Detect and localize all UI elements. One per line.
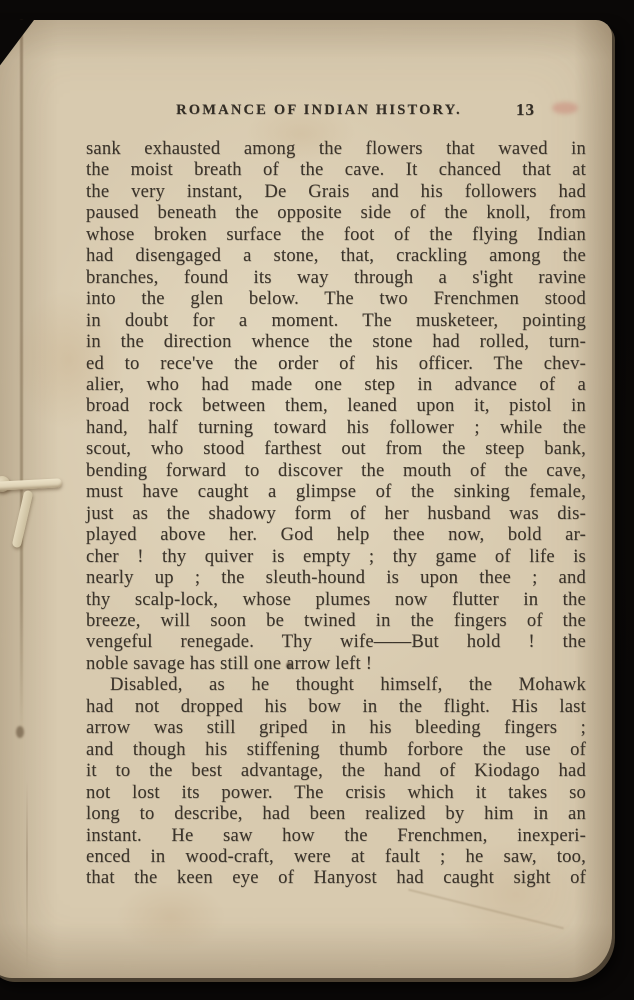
text-line: scout, who stood farthest out from the s… <box>86 438 586 459</box>
text-line: paused beneath the opposite side of the … <box>86 202 586 223</box>
text-line: thy scalp-lock, whose plumes now flutter… <box>86 589 586 610</box>
text-line: branches, found its way through a s'ight… <box>86 267 586 288</box>
text-line: arrow was still griped in his bleeding f… <box>86 717 586 738</box>
text-line: long to describe, had been realized by h… <box>86 803 586 824</box>
text-line: the moist breath of the cave. It chanced… <box>86 159 586 180</box>
page-corner-clip <box>0 20 34 84</box>
text-line: not lost its power. The crisis which it … <box>86 782 586 803</box>
gutter-crease <box>20 20 23 735</box>
text-line: it to the best advantage, the hand of Ki… <box>86 760 586 781</box>
text-line: just as the shadowy form of her husband … <box>86 503 586 524</box>
text-line: had not dropped his bow in the flight. H… <box>86 696 586 717</box>
page-number: 13 <box>516 100 535 120</box>
text-line: the very instant, De Grais and his follo… <box>86 181 586 202</box>
paper-stain <box>116 882 226 952</box>
gutter-crease-end <box>16 726 24 738</box>
text-line: whose broken surface the foot of the fly… <box>86 224 586 245</box>
text-line: breeze, will soon be twined in the finge… <box>86 610 586 631</box>
text-line: cher ! thy quiver is empty ; thy game of… <box>86 546 586 567</box>
text-line: in the direction whence the stone had ro… <box>86 331 586 352</box>
text-line: bending forward to discover the mouth of… <box>86 460 586 481</box>
text-line: enced in wood-craft, were at fault ; he … <box>86 846 586 867</box>
text-line: alier, who had made one step in advance … <box>86 374 586 395</box>
text-line: Disabled, as he thought himself, the Moh… <box>86 674 586 695</box>
text-line: nearly up ; the sleuth-hound is upon the… <box>86 567 586 588</box>
book-page: ROMANCE OF INDIAN HISTORY. 13 sank exhau… <box>0 20 612 978</box>
page-header: ROMANCE OF INDIAN HISTORY. 13 <box>0 102 612 126</box>
text-line: must have caught a glimpse of the sinkin… <box>86 481 586 502</box>
binding-thread-horizontal <box>0 478 62 491</box>
text-line: had disengaged a stone, that, crackling … <box>86 245 586 266</box>
scanner-background: ROMANCE OF INDIAN HISTORY. 13 sank exhau… <box>0 0 634 1000</box>
text-line: that the keen eye of Hanyost had caught … <box>86 867 586 888</box>
text-line: ed to rece've the order of his officer. … <box>86 353 586 374</box>
paper-crease <box>408 889 564 930</box>
text-line: instant. He saw how the Frenchmen, inexp… <box>86 825 586 846</box>
text-line: noble savage has still one arrow left ! <box>86 653 586 674</box>
gutter-crease-lower <box>26 780 28 970</box>
text-line: broad rock between them, leaned upon it,… <box>86 395 586 416</box>
text-line: and though his stiffening thumb forbore … <box>86 739 586 760</box>
text-line: sank exhausted among the flowers that wa… <box>86 138 586 159</box>
text-block: sank exhausted among the flowers that wa… <box>86 138 586 889</box>
text-line: vengeful renegade. Thy wife——But hold ! … <box>86 631 586 652</box>
text-line: played above her. God help thee now, bol… <box>86 524 586 545</box>
text-line: in doubt for a moment. The musketeer, po… <box>86 310 586 331</box>
text-line: hand, half turning toward his follower ;… <box>86 417 586 438</box>
text-line: into the glen below. The two Frenchmen s… <box>86 288 586 309</box>
